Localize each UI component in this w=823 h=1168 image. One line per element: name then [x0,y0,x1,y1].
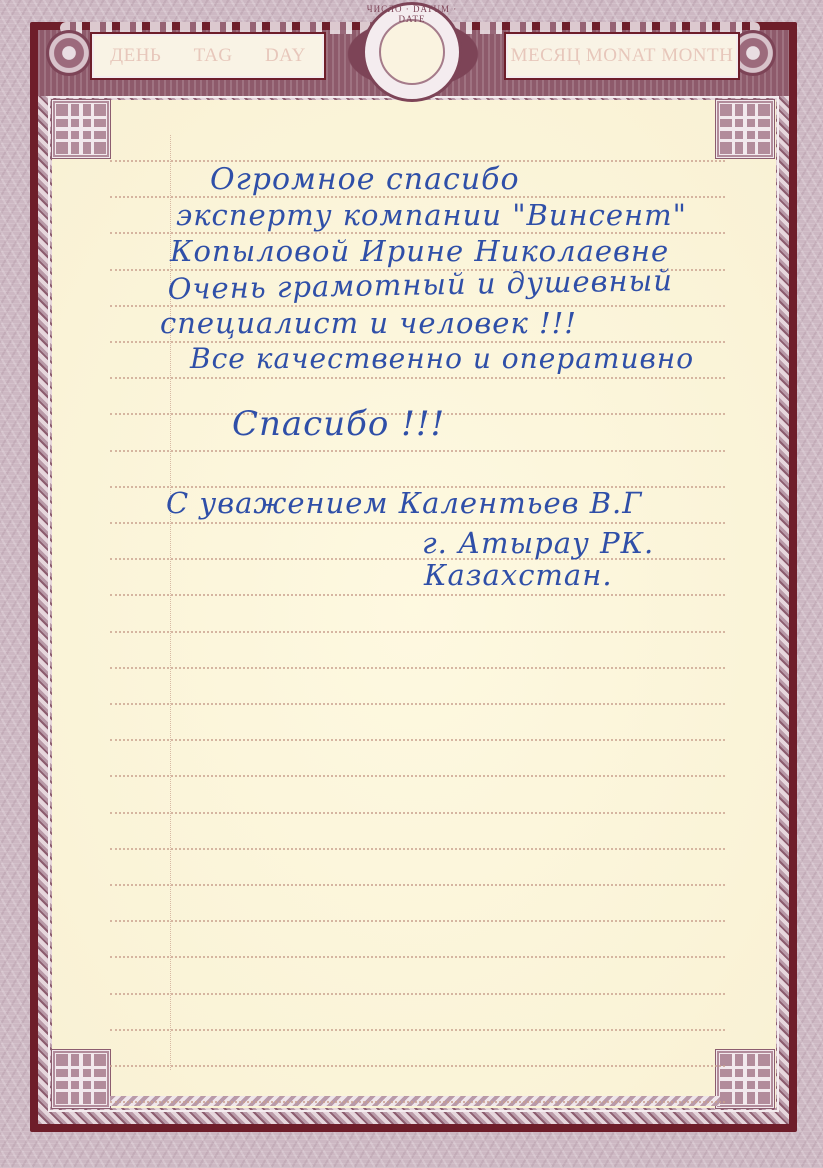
ruled-line [110,993,725,995]
ruled-line [110,522,725,524]
letter-line-5: специалист и человек !!! [160,306,577,340]
ruled-line [110,667,725,669]
endless-knot-icon [716,100,774,158]
ruled-line [110,812,725,814]
ruled-line [110,450,725,452]
day-label-en: DAY [265,45,306,67]
ruled-line [110,739,725,741]
ruled-line [110,920,725,922]
ruled-line [110,1065,725,1067]
letter-line-7: Спасибо !!! [232,404,445,444]
ruled-line [110,631,725,633]
medallion-caption: ЧИСЛО · DATUM · DATE [362,4,462,24]
ruled-line [110,1029,725,1031]
letter-line-2: эксперту компании "Винсент" [176,198,687,232]
endless-knot-icon [716,1050,774,1108]
ruled-line [110,703,725,705]
ruled-line [110,956,725,958]
date-medallion-center [379,19,445,85]
endless-knot-icon [52,100,110,158]
ruled-line [110,1101,725,1103]
ruled-line [110,775,725,777]
month-label-en: MONTH [661,45,733,67]
month-label-de: MONAT [586,45,656,67]
letter-line-6: Все качественно и оперативно [190,342,694,375]
city-line: г. Атырау РК. [422,526,654,560]
rosette-ornament-left [46,30,92,76]
ruled-line [110,377,725,379]
country-line: Казахстан. [424,558,613,592]
ruled-line [110,884,725,886]
letter-line-1: Огромное спасибо [210,162,520,197]
day-label-de: TAG [194,45,233,67]
month-label-box: МЕСЯЦ MONAT MONTH [506,34,738,78]
day-label-ru: ДЕНЬ [110,45,161,67]
letter-line-3: Копыловой Ирине Николаевне [170,234,669,268]
ruled-line [110,848,725,850]
endless-knot-icon [52,1050,110,1108]
month-label-ru: МЕСЯЦ [511,45,581,67]
day-label-box: ДЕНЬ TAG DAY [92,34,324,78]
signature-line: С уважением Калентьев В.Г [166,486,642,520]
ruled-line [110,594,725,596]
